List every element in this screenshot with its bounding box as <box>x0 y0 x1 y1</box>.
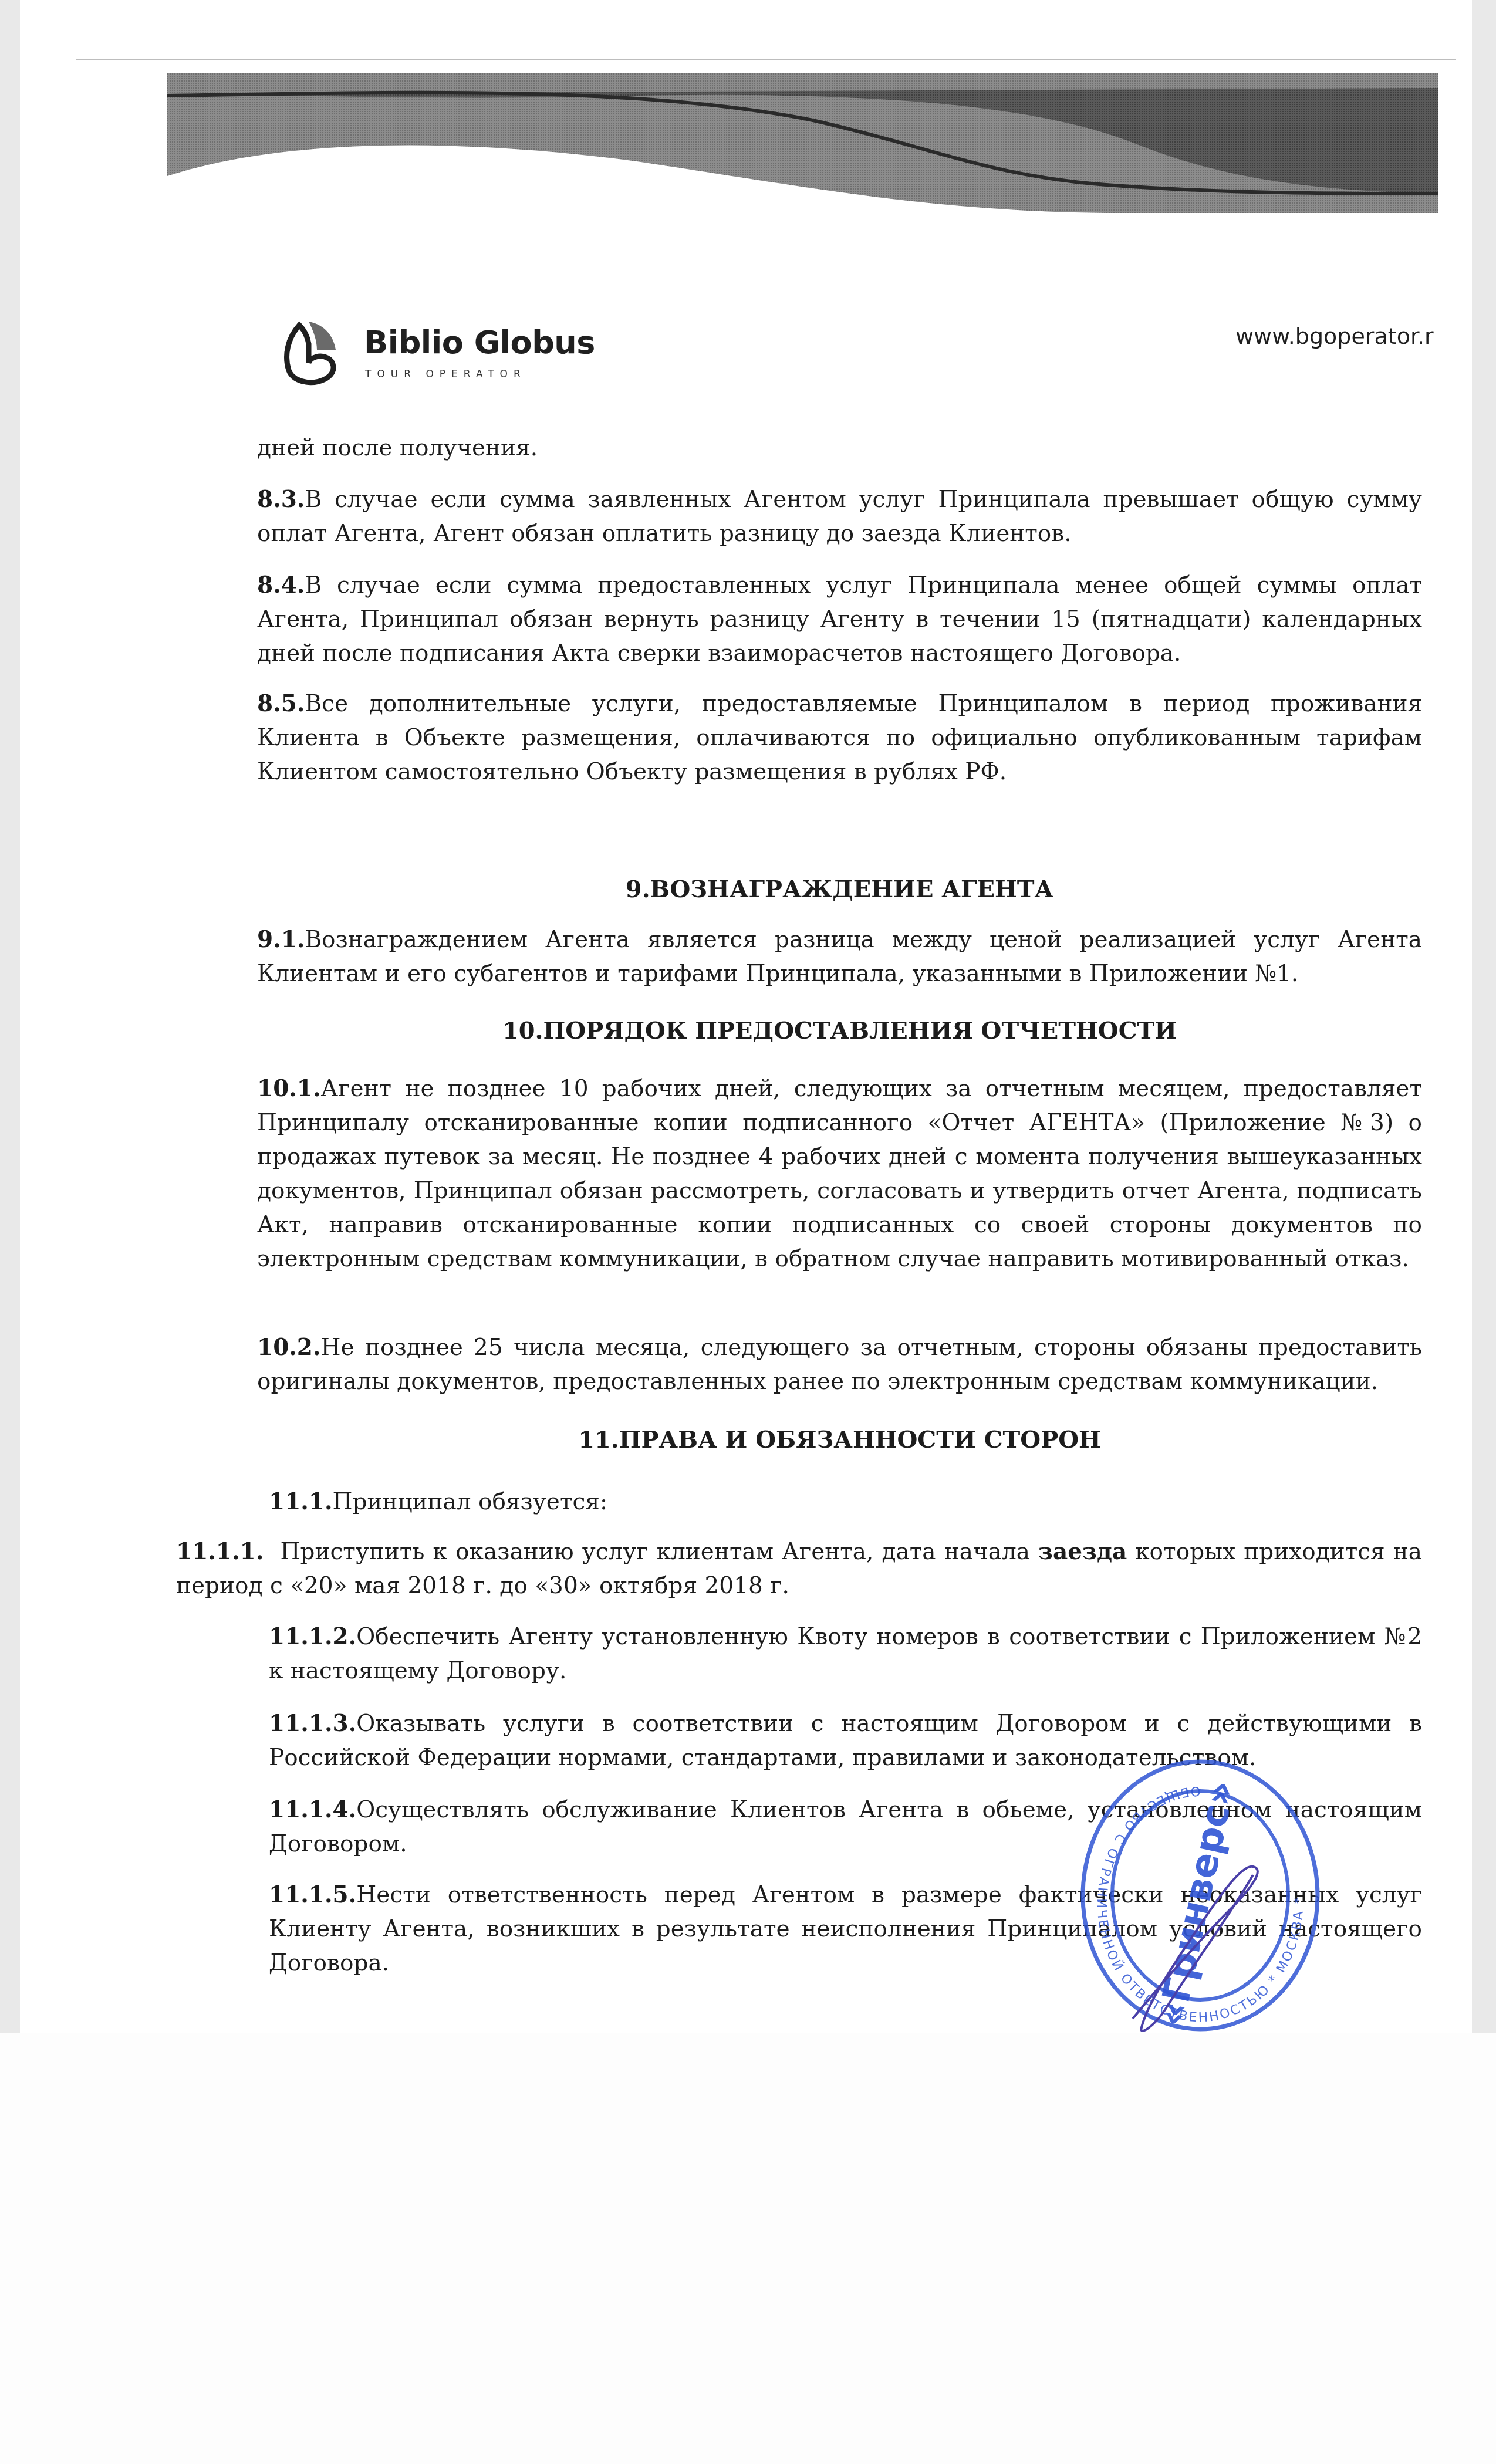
clause-number: 8.4. <box>257 572 305 599</box>
biblio-globus-logo-icon <box>282 320 340 387</box>
clause-number: 10.1. <box>257 1075 321 1102</box>
biblio-globus-logo: Biblio Globus TOUR OPERATOR <box>282 312 610 388</box>
clause-text: Агент не позднее 10 рабочих дней, следую… <box>257 1076 1422 1272</box>
clause-number: 11.1. <box>269 1488 333 1515</box>
clause-11-1-2: 11.1.2.Обеспечить Агенту установленную К… <box>269 1620 1422 1688</box>
clause-number: 11.1.5. <box>269 1881 356 1908</box>
website-url: www.bgoperator.r <box>1235 323 1434 349</box>
clause-number: 9.1. <box>257 926 305 953</box>
clause-text: В случае если сумма заявленных Агентом у… <box>257 486 1422 547</box>
clause-text: Вознаграждением Агента является разница … <box>257 927 1422 987</box>
clause-8-5: 8.5.Все дополнительные услуги, предостав… <box>257 687 1422 789</box>
clause-11-1-1: 11.1.1. Приступить к оказанию услуг клие… <box>176 1534 1422 1603</box>
section-9-heading: 9.ВОЗНАГРАЖДЕНИЕ АГЕНТА <box>257 873 1422 907</box>
clause-number: 10.2. <box>257 1334 321 1361</box>
clause-number: 11.1.2. <box>269 1623 356 1650</box>
letterhead-wave-banner <box>167 73 1438 213</box>
clause-number: 11.1.3. <box>269 1710 356 1737</box>
clause-text: Все дополнительные услуги, предоставляем… <box>257 691 1422 785</box>
clause-text: Обеспечить Агенту установленную Квоту но… <box>269 1624 1422 1684</box>
clause-text: Приступить к оказанию услуг клиентам Аге… <box>280 1539 1038 1565</box>
clause-text: Не позднее 25 числа месяца, следующего з… <box>257 1334 1422 1395</box>
brand-name: Biblio Globus <box>364 324 595 361</box>
clause-text: Принципал обязуется: <box>333 1489 607 1515</box>
company-stamp: ОБЩЕСТВО С ОГРАНИЧЕННОЙ ОТВЕТСТВЕННОСТЬЮ… <box>1077 1752 1323 2033</box>
clause-emphasis: заезда <box>1038 1538 1127 1565</box>
clause-9-1: 9.1.Вознаграждением Агента является разн… <box>257 922 1422 991</box>
clause-11-1: 11.1.Принципал обязуется: <box>269 1485 1434 1519</box>
section-10-heading: 10.ПОРЯДОК ПРЕДОСТАВЛЕНИЯ ОТЧЕТНОСТИ <box>257 1014 1422 1048</box>
continuation-paragraph: дней после получения. <box>257 431 1422 465</box>
section-11-heading: 11.ПРАВА И ОБЯЗАННОСТИ СТОРОН <box>257 1423 1422 1457</box>
clause-text: В случае если сумма предоставленных услу… <box>257 572 1422 667</box>
clause-10-2: 10.2.Не позднее 25 числа месяца, следующ… <box>257 1330 1422 1399</box>
clause-8-3: 8.3.В случае если сумма заявленных Агент… <box>257 482 1422 551</box>
paragraph-text: дней после получения. <box>257 435 538 461</box>
clause-10-1: 10.1.Агент не позднее 10 рабочих дней, с… <box>257 1072 1422 1276</box>
clause-number: 8.5. <box>257 690 305 717</box>
clause-number: 8.3. <box>257 486 305 513</box>
clause-number: 11.1.4. <box>269 1796 356 1823</box>
brand-tagline: TOUR OPERATOR <box>365 369 526 380</box>
clause-8-4: 8.4.В случае если сумма предоставленных … <box>257 568 1422 671</box>
scan-edge-line <box>76 59 1456 60</box>
clause-number: 11.1.1. <box>176 1538 264 1565</box>
